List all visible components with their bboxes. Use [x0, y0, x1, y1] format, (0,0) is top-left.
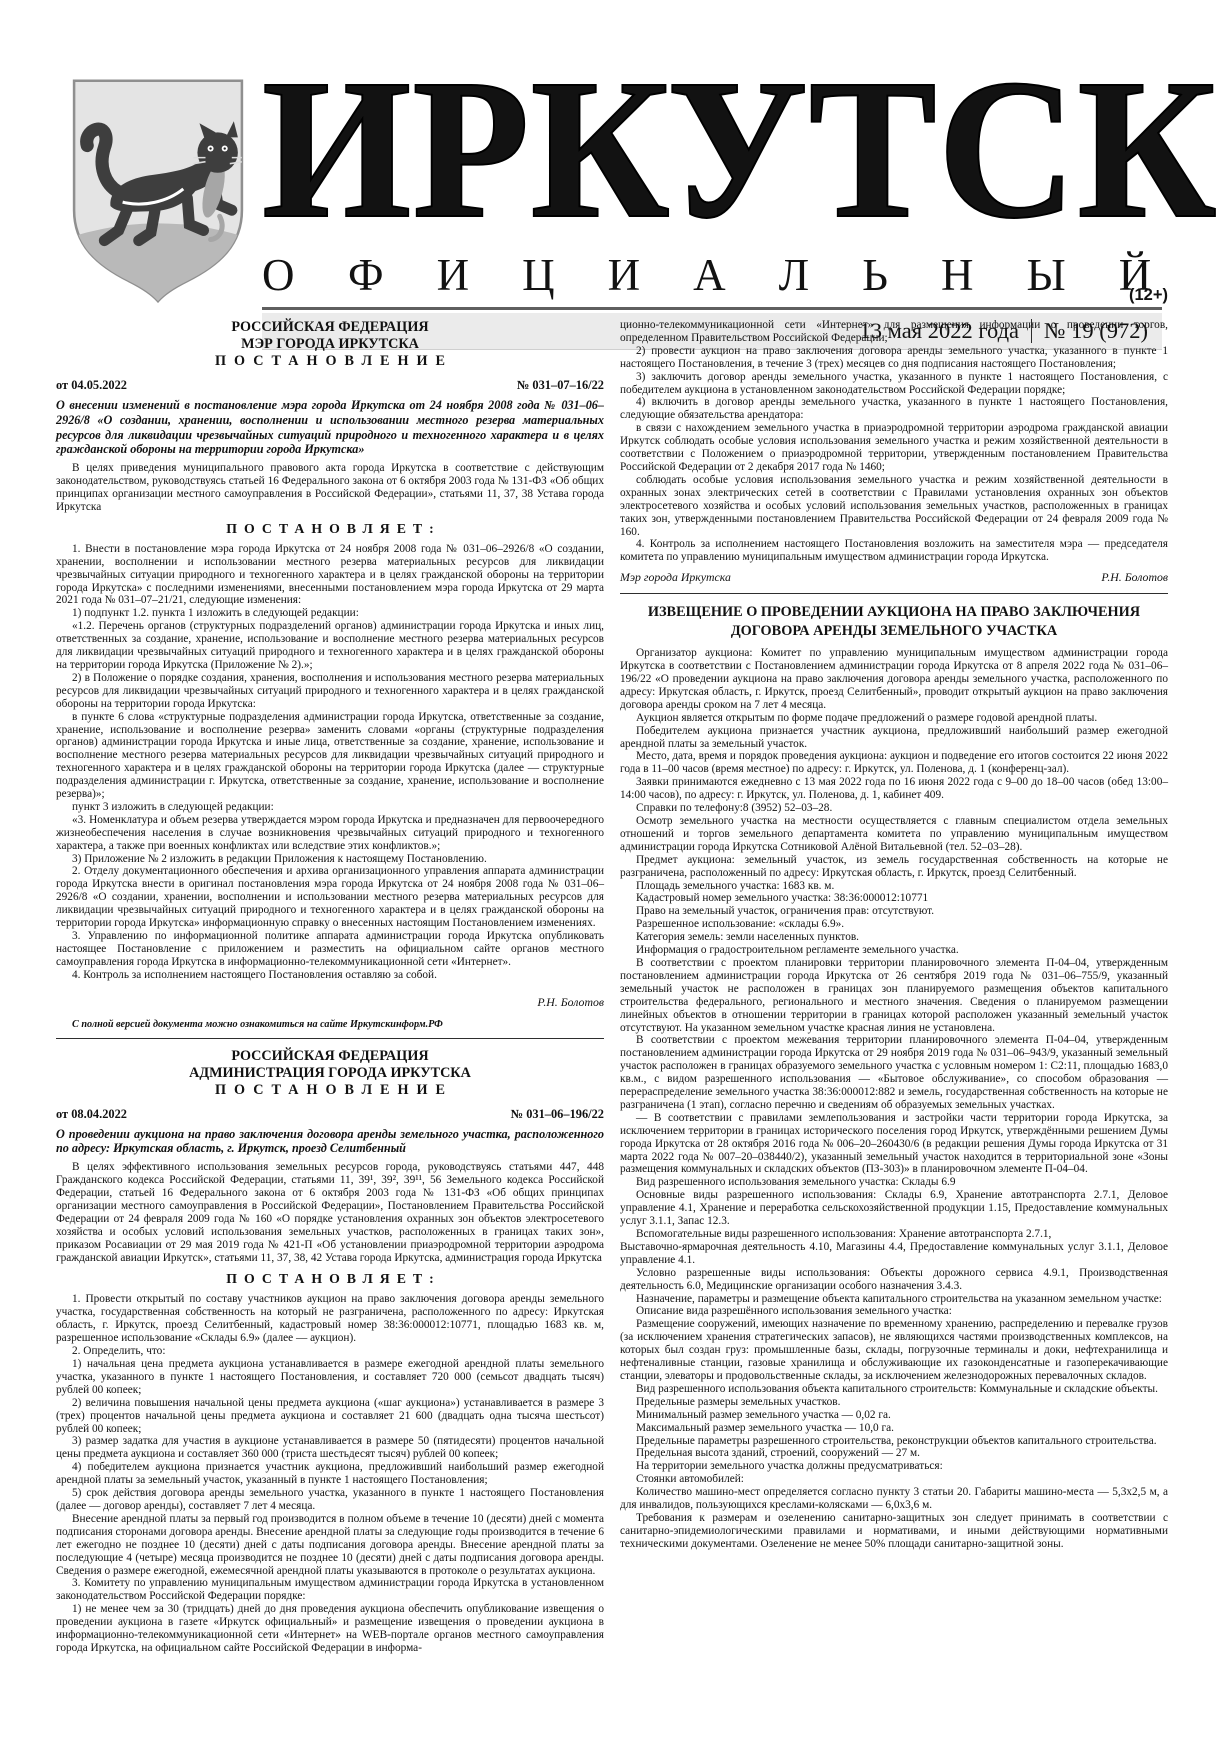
- paragraph: 3) заключить договор аренды земельного у…: [620, 371, 1168, 397]
- paragraph: Предельная высота зданий, строений, соор…: [620, 1447, 1168, 1460]
- paragraph: Назначение, параметры и размещение объек…: [620, 1293, 1168, 1306]
- paragraph: 2. Определить, что:: [56, 1345, 604, 1358]
- paragraph: Предельные размеры земельных участков.: [620, 1396, 1168, 1409]
- doc2-meta: от 08.04.2022 № 031–06–196/22: [56, 1107, 604, 1122]
- paragraph: в связи с нахождением земельного участка…: [620, 422, 1168, 474]
- masthead-rule: [262, 307, 1162, 310]
- paragraph: Категория земель: земли населенных пункт…: [620, 931, 1168, 944]
- doc2-signature-role: Мэр города Иркутска: [620, 570, 731, 585]
- paragraph: Основные виды разрешенного использования…: [620, 1189, 1168, 1228]
- paragraph: 3) размер задатка для участия в аукционе…: [56, 1435, 604, 1461]
- paragraph: 1) начальная цена предмета аукциона уста…: [56, 1358, 604, 1397]
- paragraph: 2. Отделу документационного обеспечения …: [56, 865, 604, 930]
- right-column: ционно-телекоммуникационной сети «Интерн…: [620, 319, 1168, 1655]
- paragraph: Право на земельный участок, ограничения …: [620, 905, 1168, 918]
- paragraph: Предмет аукциона: земельный участок, из …: [620, 854, 1168, 880]
- paragraph: Разрешенное использование: «склады 6.9».: [620, 918, 1168, 931]
- paragraph: Максимальный размер земельного участка —…: [620, 1422, 1168, 1435]
- doc1-meta: от 04.05.2022 № 031–07–16/22: [56, 378, 604, 393]
- auction-notice: ИЗВЕЩЕНИЕ О ПРОВЕДЕНИИ АУКЦИОНА НА ПРАВО…: [620, 603, 1168, 1550]
- paragraph: пункт 3 изложить в следующей редакции:: [56, 801, 604, 814]
- paragraph: На территории земельного участка должны …: [620, 1460, 1168, 1473]
- paragraph: Вид разрешенного использования земельног…: [620, 1176, 1168, 1189]
- paragraph: 4. Контроль за исполнением настоящего По…: [620, 538, 1168, 564]
- document-separator: [620, 593, 1168, 594]
- doc2-authority: АДМИНИСТРАЦИЯ ГОРОДА ИРКУТСКА: [56, 1065, 604, 1082]
- document-separator: [56, 1038, 604, 1039]
- paragraph: 2) провести аукцион на право заключения …: [620, 345, 1168, 371]
- paragraph: Заявки принимаются ежедневно с 13 мая 20…: [620, 776, 1168, 802]
- notice-paragraphs: Организатор аукциона: Комитет по управле…: [620, 647, 1168, 1550]
- paragraph: Описание вида разрешённого использования…: [620, 1305, 1168, 1318]
- paragraph: соблюдать особые условия использования з…: [620, 474, 1168, 539]
- paragraph: 1) подпункт 1.2. пункта 1 изложить в сле…: [56, 607, 604, 620]
- paragraph: 3) Приложение № 2 изложить в редакции Пр…: [56, 853, 604, 866]
- paragraph: 5) срок действия договора аренды земельн…: [56, 1487, 604, 1513]
- age-rating-badge: (12+): [1129, 286, 1168, 305]
- paragraph: ционно-телекоммуникационной сети «Интерн…: [620, 319, 1168, 345]
- paragraph: в пункте 6 слова «структурные подразделе…: [56, 711, 604, 801]
- newspaper-title: ИРКУТСК: [262, 44, 1126, 230]
- paragraph: Организатор аукциона: Комитет по управле…: [620, 647, 1168, 712]
- paragraph: Предельные параметры разрешенного строит…: [620, 1435, 1168, 1448]
- doc1-country: РОССИЙСКАЯ ФЕДЕРАЦИЯ: [56, 319, 604, 336]
- doc2-paragraphs-left: 1. Провести открытый по составу участник…: [56, 1293, 604, 1654]
- doc2-country: РОССИЙСКАЯ ФЕДЕРАЦИЯ: [56, 1048, 604, 1065]
- paragraph: 2) в Положение о порядке создания, хране…: [56, 672, 604, 711]
- paragraph: «1.2. Перечень органов (структурных подр…: [56, 620, 604, 672]
- doc1-footnote: С полной версией документа можно ознаком…: [56, 1019, 604, 1030]
- paragraph: Вид разрешенного использования объекта к…: [620, 1383, 1168, 1396]
- paragraph: Стоянки автомобилей:: [620, 1473, 1168, 1486]
- left-column: РОССИЙСКАЯ ФЕДЕРАЦИЯ МЭР ГОРОДА ИРКУТСКА…: [56, 319, 604, 1655]
- paragraph: Кадастровый номер земельного участка: 38…: [620, 892, 1168, 905]
- doc1-date: от 04.05.2022: [56, 378, 127, 393]
- irkutsk-coat-of-arms-babr-icon: [66, 76, 250, 308]
- masthead: ИРКУТСК ОФИЦИАЛЬНЫЙ 13 мая 2022 года № 1…: [262, 44, 1162, 350]
- paragraph: 4) победителем аукциона признается участ…: [56, 1461, 604, 1487]
- paragraph: Размещение сооружений, имеющих назначени…: [620, 1318, 1168, 1383]
- paragraph: Площадь земельного участка: 1683 кв. м.: [620, 880, 1168, 893]
- newspaper-page: ИРКУТСК ОФИЦИАЛЬНЫЙ 13 мая 2022 года № 1…: [0, 0, 1226, 1748]
- content-columns: РОССИЙСКАЯ ФЕДЕРАЦИЯ МЭР ГОРОДА ИРКУТСКА…: [56, 319, 1168, 1655]
- paragraph: 3. Управлению по информационной политике…: [56, 930, 604, 969]
- decree-admin-031-06-196-22: РОССИЙСКАЯ ФЕДЕРАЦИЯ АДМИНИСТРАЦИЯ ГОРОД…: [56, 1048, 604, 1655]
- doc2-number: № 031–06–196/22: [511, 1107, 604, 1122]
- doc1-number: № 031–07–16/22: [517, 378, 604, 393]
- paragraph: Количество машино-мест определяется согл…: [620, 1486, 1168, 1512]
- paragraph: Осмотр земельного участка на местности о…: [620, 815, 1168, 854]
- doc1-type: ПОСТАНОВЛЕНИЕ: [56, 353, 612, 370]
- doc2-resolves-heading: ПОСТАНОВЛЯЕТ:: [56, 1271, 611, 1287]
- doc1-subject: О внесении изменений в постановление мэр…: [56, 398, 604, 457]
- doc2-date: от 08.04.2022: [56, 1107, 127, 1122]
- paragraph: 1. Внести в постановление мэра города Ир…: [56, 543, 604, 608]
- paragraph: — В соответствии с правилами землепользо…: [620, 1112, 1168, 1177]
- paragraph: 1) не менее чем за 30 (тридцать) дней до…: [56, 1603, 604, 1655]
- paragraph: 4) включить в договор аренды земельного …: [620, 396, 1168, 422]
- decree-admin-continuation: ционно-телекоммуникационной сети «Интерн…: [620, 319, 1168, 585]
- doc2-signature-row: Мэр города Иркутска Р.Н. Болотов: [620, 570, 1168, 585]
- paragraph: Минимальный размер земельного участка — …: [620, 1409, 1168, 1422]
- doc2-type: ПОСТАНОВЛЕНИЕ: [56, 1082, 612, 1099]
- doc1-signature: Р.Н. Болотов: [56, 995, 604, 1010]
- paragraph: Внесение арендной платы за первый год пр…: [56, 1513, 604, 1578]
- paragraph: В соответствии с проектом планировки тер…: [620, 957, 1168, 1034]
- doc2-subject: О проведении аукциона на право заключени…: [56, 1127, 604, 1157]
- doc2-paragraphs-right: ционно-телекоммуникационной сети «Интерн…: [620, 319, 1168, 564]
- paragraph: 4. Контроль за исполнением настоящего По…: [56, 969, 604, 982]
- paragraph: Справки по телефону:8 (3952) 52–03–28.: [620, 802, 1168, 815]
- paragraph: Вспомогательные виды разрешенного исполь…: [620, 1228, 1168, 1241]
- paragraph: Требования к размерам и озеленению санит…: [620, 1512, 1168, 1551]
- doc2-preamble: В целях эффективного использования земел…: [56, 1161, 604, 1264]
- paragraph: 3. Комитету по управлению муниципальным …: [56, 1577, 604, 1603]
- doc1-resolves-heading: ПОСТАНОВЛЯЕТ:: [56, 521, 611, 537]
- doc1-preamble: В целях приведения муниципального правов…: [56, 462, 604, 514]
- doc1-paragraphs: 1. Внести в постановление мэра города Ир…: [56, 543, 604, 982]
- decree-mayor-031-07-16-22: РОССИЙСКАЯ ФЕДЕРАЦИЯ МЭР ГОРОДА ИРКУТСКА…: [56, 319, 604, 1030]
- paragraph: Информация о градостроительном регламент…: [620, 944, 1168, 957]
- paragraph: Место, дата, время и порядок проведения …: [620, 750, 1168, 776]
- paragraph: Условно разрешенные виды использования: …: [620, 1267, 1168, 1293]
- doc1-authority: МЭР ГОРОДА ИРКУТСКА: [56, 336, 604, 353]
- paragraph: В соответствии с проектом межевания терр…: [620, 1034, 1168, 1111]
- notice-title: ИЗВЕЩЕНИЕ О ПРОВЕДЕНИИ АУКЦИОНА НА ПРАВО…: [638, 603, 1150, 640]
- paragraph: 2) величина повышения начальной цены пре…: [56, 1397, 604, 1436]
- paragraph: Победителем аукциона признается участник…: [620, 725, 1168, 751]
- paragraph: 1. Провести открытый по составу участник…: [56, 1293, 604, 1345]
- paragraph: «3. Номенклатура и объем резерва утвержд…: [56, 814, 604, 853]
- paragraph: Выставочно-ярмарочная деятельность 4.10,…: [620, 1241, 1168, 1267]
- paragraph: Аукцион является открытым по форме подач…: [620, 712, 1168, 725]
- doc2-signature-name: Р.Н. Болотов: [1101, 570, 1168, 585]
